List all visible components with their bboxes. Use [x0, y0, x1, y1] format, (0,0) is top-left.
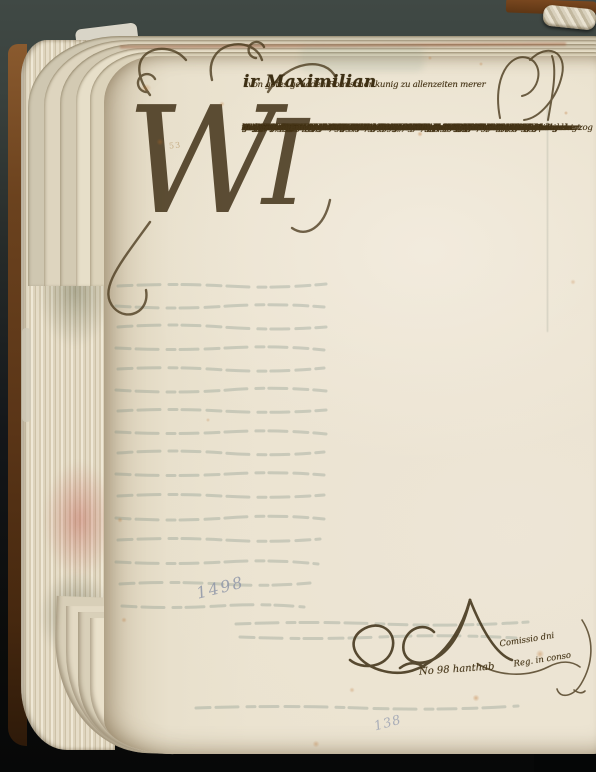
edge-tab — [22, 328, 31, 422]
headband — [542, 4, 596, 30]
shadow-corner — [534, 754, 596, 772]
show-through-patch — [300, 46, 424, 72]
page-crease — [547, 104, 548, 332]
manuscript-line: dreyzehenden vnd der Hungerischen im Ach… — [242, 122, 480, 134]
manuscript-photo: W I ir Maxi — [0, 0, 596, 772]
margin-number: 53 — [169, 140, 182, 150]
heading-continuation: von gotes genaden Romischer kunig zu all… — [248, 80, 485, 90]
